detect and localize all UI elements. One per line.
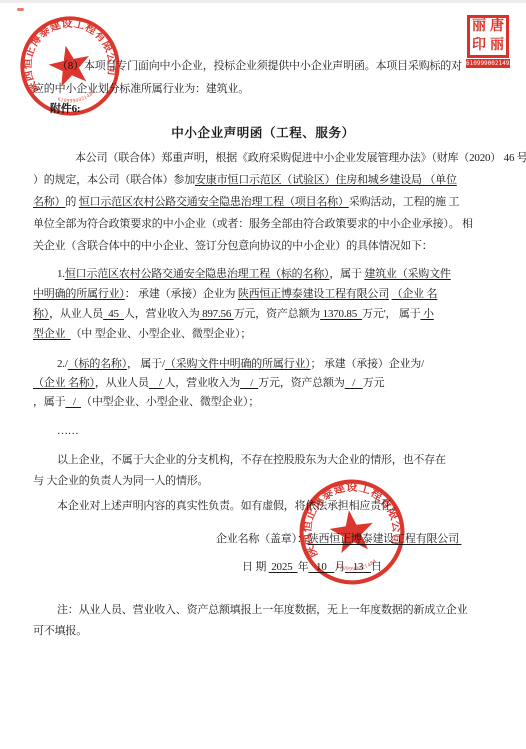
red-ink-speck [17, 8, 24, 11]
seal-code: 6109990021484 [56, 89, 98, 108]
text-line: 与 大企业的负责人为同一人的情形。 [33, 474, 208, 489]
personal-seal-square: 丽 唐 印 丽 [467, 15, 509, 58]
seal-char: 印 [470, 37, 488, 56]
text-line: 1.恒口示范区农村公路交通安全隐患治理工程（标的名称），属于 建筑业（采购文件 [57, 267, 451, 282]
text-line: 关企业（含联合体中的中小企业、签订分包意向协议的中小企业）的具体情况如下： [33, 239, 433, 254]
text-line: ，属于 / （中型企业、小型企业、微型企业）； [33, 395, 259, 410]
seal-code: 6109990021484 [335, 558, 379, 575]
seal-char: 丽 [488, 37, 506, 56]
seal-star-icon [45, 41, 93, 88]
text-line: …… [57, 424, 79, 439]
text-line: 称），从业人员 45 人，营业收入为 897.56 万元，资产总额为 1370.… [33, 307, 434, 322]
personal-seal-code: 6109990021492 [466, 59, 510, 68]
text-line: 名称）的 恒口示范区农村公路交通安全隐患治理工程（项目名称）采购活动，工程的施 … [33, 195, 459, 210]
company-seal-middle: 陕西恒正博泰建设工程有限公司 6109990021484 [297, 477, 407, 587]
text-line: 中明确的所属行业）： 承建（承接）企业为 陕西恒正博泰建设工程有限公司 （企业 … [33, 287, 437, 302]
text-line: 本公司（联合体）郑重声明，根据《政府采购促进中小企业发展管理办法》（财库（202… [75, 151, 526, 166]
text-line: 可不填报。 [33, 624, 87, 639]
text-line: ）的规定，本公司（联合体）参加安康市恒口示范区（试验区）住房和城乡建设局 （单位 [33, 173, 457, 188]
text-line: 中小企业声明函（工程、服务） [0, 126, 526, 141]
scan-edge-artifact [0, 0, 526, 3]
svg-text:6109990021484: 6109990021484 [335, 558, 379, 575]
seal-star-icon [327, 507, 376, 554]
text-line: （企业 名称），从业人员 / 人，营业收入为 / 万元，资产总额为 / 万元 [33, 376, 384, 391]
svg-text:6109990021484: 6109990021484 [56, 89, 98, 108]
text-line: 以上企业，不属于大企业的分支机构，不存在控股股东为大企业的情形，也不存在 [57, 453, 446, 468]
text-line: 单位全部为符合政策要求的中小企业（或者：服务全部由符合政策要求的中小企业承接）。… [33, 217, 473, 232]
seal-char: 丽 [470, 18, 488, 37]
company-seal-top-left: 陕西恒正博泰建设工程有限公司 6109990021484 [18, 14, 122, 118]
document-page: （8）本项目专门面向中小企业，投标企业须提供中小企业声明函。本项目采购标的对应的… [0, 0, 526, 749]
seal-char: 唐 [488, 18, 506, 37]
text-line: 型企业 （中 型企业、小型企业、微型企业）； [33, 327, 251, 342]
text-line: 2./（标的名称）， 属于/（采购文件中明确的所属行业）； 承建（承接）企业为/ [57, 357, 424, 372]
text-line: 注：从业人员、营业收入、资产总额填报上一年度数据，无上一年度数据的新成立企业 [57, 603, 467, 618]
